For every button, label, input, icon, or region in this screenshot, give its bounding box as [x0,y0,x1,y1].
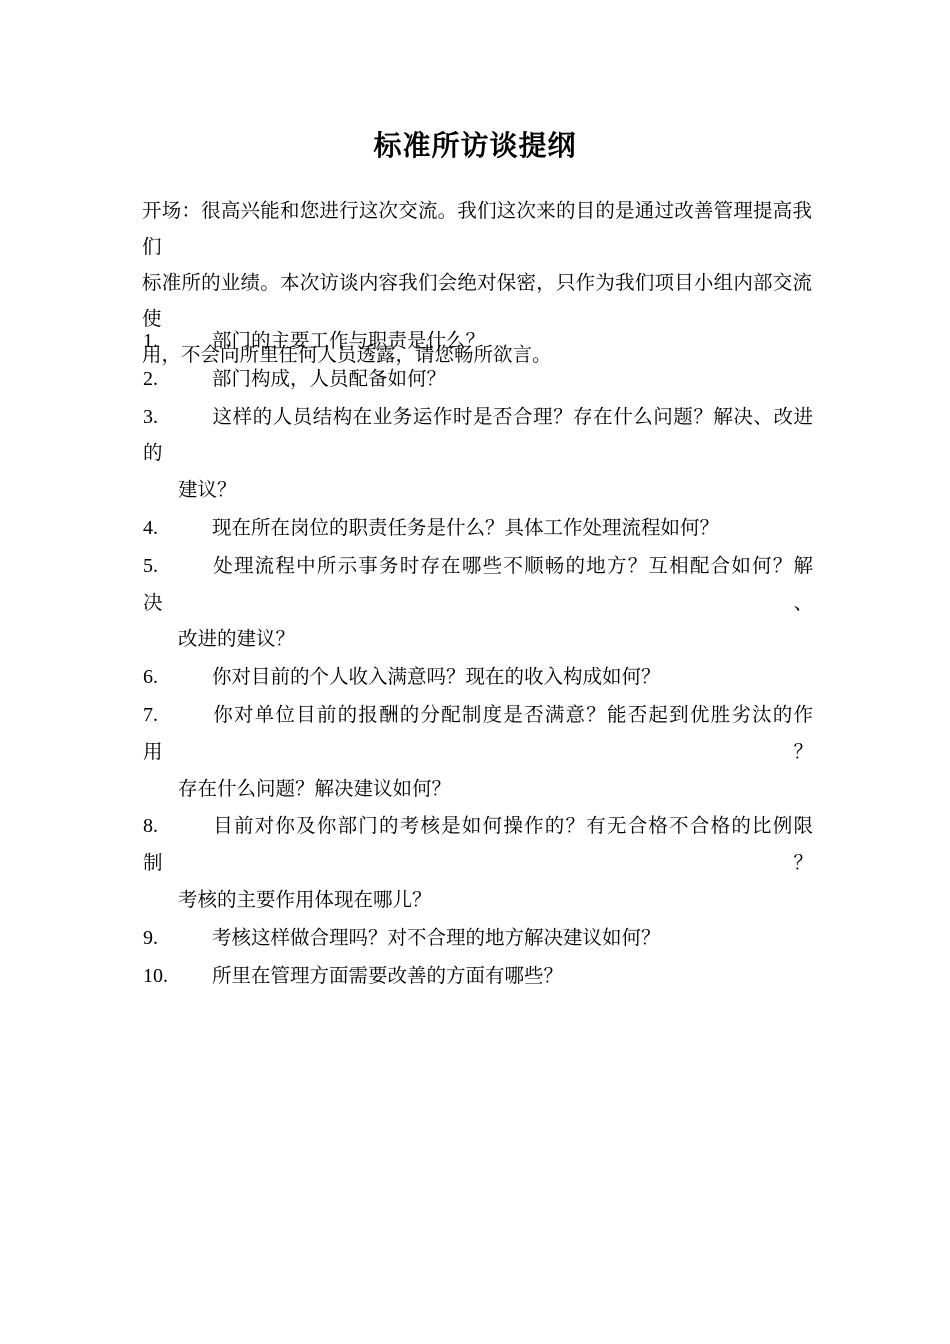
question-number: 4. [143,510,212,547]
question-line: 8.目前对你及你部门的考核是如何操作的？有无合格不合格的比例限制？ [143,808,813,883]
question-line: 10.所里在管理方面需要改善的方面有哪些？ [143,958,813,996]
question-text: 你对单位目前的报酬的分配制度是否满意？能否起到优胜劣汰的作用？ [143,705,813,763]
question-text: 目前对你及你部门的考核是如何操作的？有无合格不合格的比例限制？ [143,816,813,874]
question-line: 6.你对目前的个人收入满意吗？现在的收入构成如何？ [143,659,813,697]
question-item: 3.这样的人员结构在业务运作时是否合理？存在什么问题？解决、改进的建议？ [143,399,813,510]
question-number: 5. [143,548,212,585]
question-text: 考核这样做合理吗？对不合理的地方解决建议如何？ [212,928,661,949]
question-item: 1.部门的主要工作与职责是什么？ [143,323,813,361]
question-text: 现在所在岗位的职责任务是什么？具体工作处理流程如何？ [212,518,719,539]
question-line: 7.你对单位目前的报酬的分配制度是否满意？能否起到优胜劣汰的作用？ [143,697,813,772]
question-text: 所里在管理方面需要改善的方面有哪些？ [212,966,563,987]
question-item: 6.你对目前的个人收入满意吗？现在的收入构成如何？ [143,659,813,697]
question-text: 部门构成，人员配备如何？ [212,369,446,390]
question-number: 10. [143,958,212,995]
question-line: 3.这样的人员结构在业务运作时是否合理？存在什么问题？解决、改进的 [143,399,813,474]
question-item: 2.部门构成，人员配备如何？ [143,361,813,399]
question-item: 5.处理流程中所示事务时存在哪些不顺畅的地方？互相配合如何？解决、改进的建议？ [143,548,813,659]
question-line: 5.处理流程中所示事务时存在哪些不顺畅的地方？互相配合如何？解决、 [143,548,813,623]
question-text: 你对目前的个人收入满意吗？现在的收入构成如何？ [212,667,661,688]
question-item: 9.考核这样做合理吗？对不合理的地方解决建议如何？ [143,920,813,958]
question-line: 9.考核这样做合理吗？对不合理的地方解决建议如何？ [143,920,813,958]
document-page: 标准所访谈提纲 开场：很高兴能和您进行这次交流。我们这次来的目的是通过改善管理提… [0,0,950,1344]
question-line-continuation: 改进的建议？ [143,622,813,659]
question-number: 3. [143,399,212,436]
question-item: 10.所里在管理方面需要改善的方面有哪些？ [143,958,813,996]
question-line: 2.部门构成，人员配备如何？ [143,361,813,399]
question-number: 1. [143,323,212,360]
question-number: 2. [143,361,212,398]
question-number: 8. [143,808,212,845]
question-text: 部门的主要工作与职责是什么？ [212,331,485,352]
question-line: 1.部门的主要工作与职责是什么？ [143,323,813,361]
question-item: 7.你对单位目前的报酬的分配制度是否满意？能否起到优胜劣汰的作用？存在什么问题？… [143,697,813,808]
document-title: 标准所访谈提纲 [0,129,950,163]
question-item: 8.目前对你及你部门的考核是如何操作的？有无合格不合格的比例限制？考核的主要作用… [143,808,813,919]
question-text: 处理流程中所示事务时存在哪些不顺畅的地方？互相配合如何？解决、 [143,556,813,614]
question-line-continuation: 建议？ [143,473,813,510]
question-number: 6. [143,659,212,696]
question-item: 4.现在所在岗位的职责任务是什么？具体工作处理流程如何？ [143,510,813,548]
question-line-continuation: 考核的主要作用体现在哪儿？ [143,883,813,920]
question-number: 7. [143,697,212,734]
question-line: 4.现在所在岗位的职责任务是什么？具体工作处理流程如何？ [143,510,813,548]
question-line-continuation: 存在什么问题？解决建议如何？ [143,772,813,809]
intro-line: 开场：很高兴能和您进行这次交流。我们这次来的目的是通过改善管理提高我们 [142,194,812,266]
question-number: 9. [143,920,212,957]
question-list: 1.部门的主要工作与职责是什么？2.部门构成，人员配备如何？3.这样的人员结构在… [143,323,813,995]
question-text: 这样的人员结构在业务运作时是否合理？存在什么问题？解决、改进的 [143,407,813,465]
